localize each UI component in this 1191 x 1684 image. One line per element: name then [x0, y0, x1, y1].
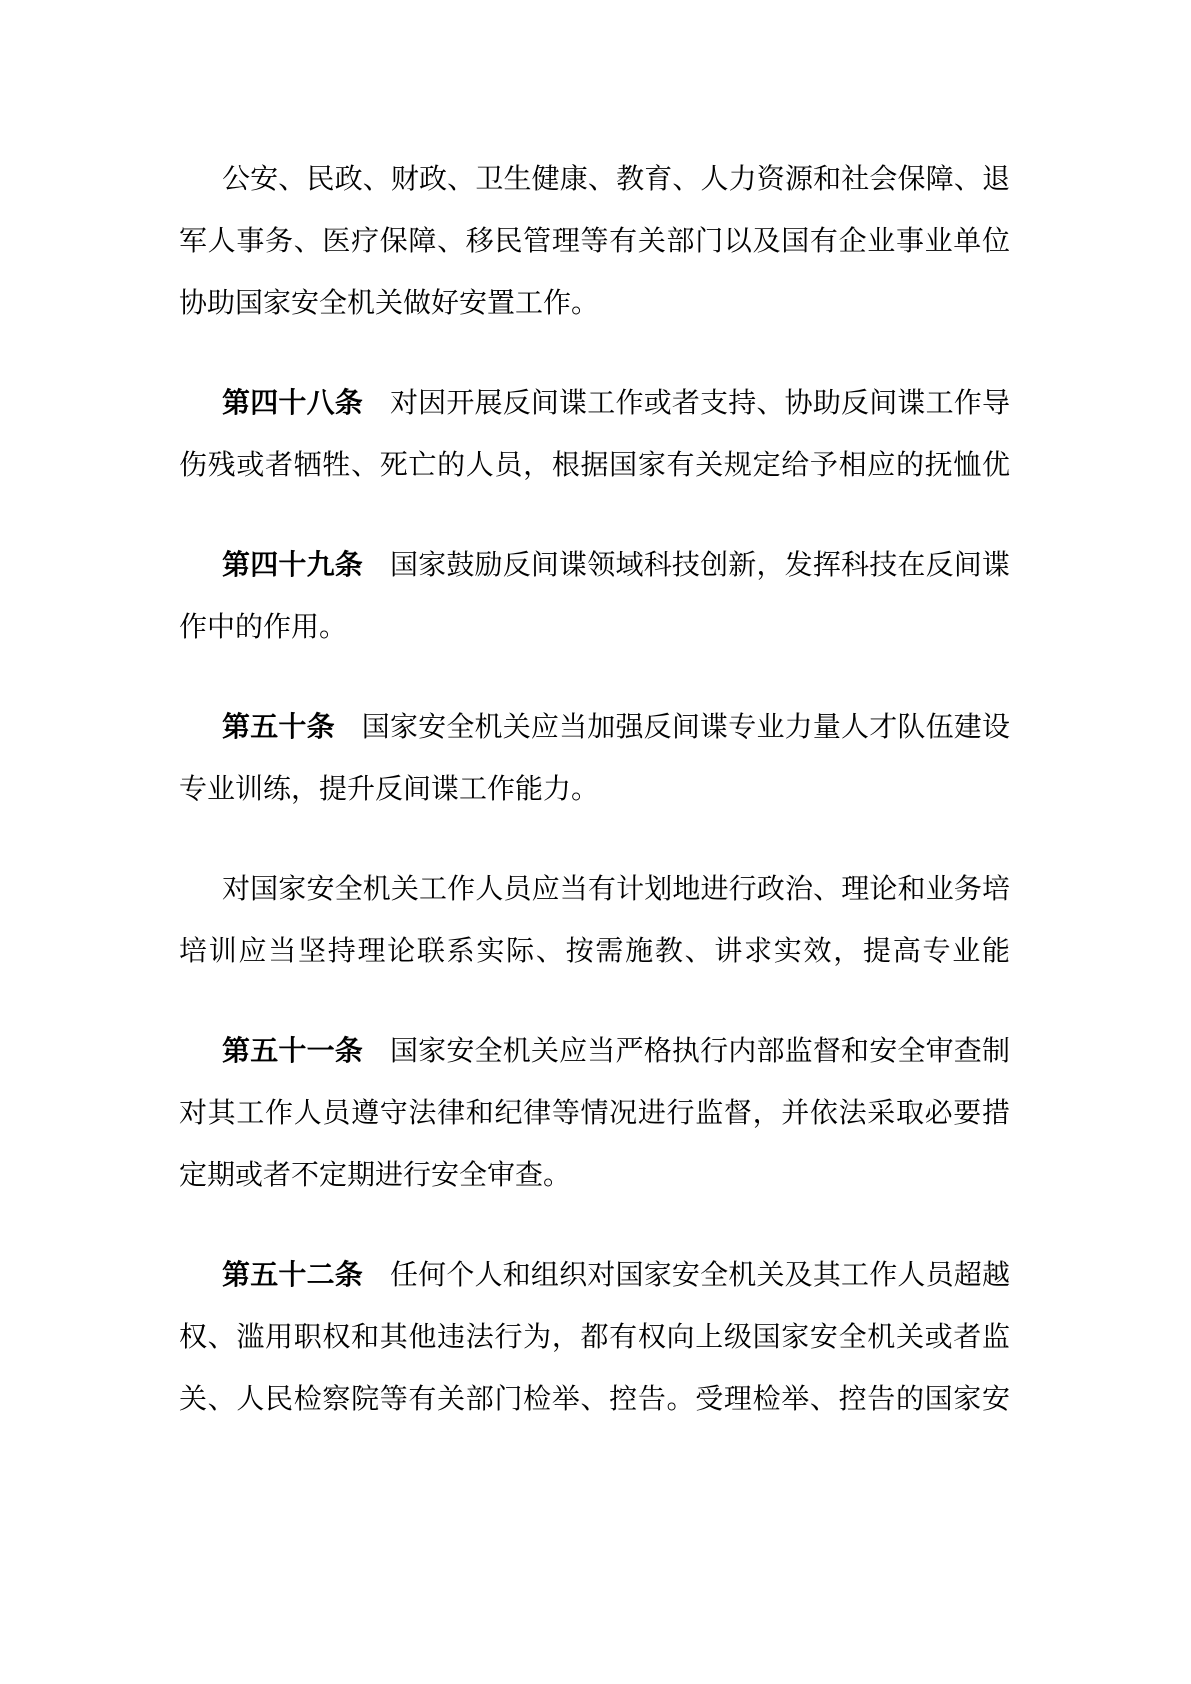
paragraph: 第四十九条国家鼓励反间谍领域科技创新，发挥科技在反间谍工 作中的作用。: [179, 534, 1010, 658]
text-line: 对其工作人员遵守法律和纪律等情况进行监督，并依法采取必要措施，: [179, 1082, 1010, 1144]
text-line: 作中的作用。: [179, 596, 1010, 658]
text-line: 定期或者不定期进行安全审查。: [179, 1144, 1010, 1206]
paragraph: 公安、民政、财政、卫生健康、教育、人力资源和社会保障、退役 军人事务、医疗保障、…: [179, 148, 1010, 334]
text-line: 第五十一条国家安全机关应当严格执行内部监督和安全审查制度，: [179, 1020, 1010, 1082]
article-number: 第五十条: [222, 711, 335, 742]
text-line: 第五十条国家安全机关应当加强反间谍专业力量人才队伍建设和: [179, 696, 1010, 758]
document-page: 公安、民政、财政、卫生健康、教育、人力资源和社会保障、退役 军人事务、医疗保障、…: [0, 0, 1191, 1684]
text-line: 第四十八条对因开展反间谍工作或者支持、协助反间谍工作导致: [179, 372, 1010, 434]
article-number: 第四十九条: [222, 549, 363, 580]
text-line: 协助国家安全机关做好安置工作。: [179, 272, 1010, 334]
paragraph: 第五十条国家安全机关应当加强反间谍专业力量人才队伍建设和 专业训练，提升反间谍工…: [179, 696, 1010, 820]
text-line: 公安、民政、财政、卫生健康、教育、人力资源和社会保障、退役: [179, 148, 1010, 210]
text-line: 第五十二条任何个人和组织对国家安全机关及其工作人员超越职: [179, 1244, 1010, 1306]
paragraph: 对国家安全机关工作人员应当有计划地进行政治、理论和业务培训。 培训应当坚持理论联…: [179, 858, 1010, 982]
article-number: 第五十一条: [222, 1035, 363, 1066]
paragraph: 第五十一条国家安全机关应当严格执行内部监督和安全审查制度， 对其工作人员遵守法律…: [179, 1020, 1010, 1206]
text-line: 对国家安全机关工作人员应当有计划地进行政治、理论和业务培训。: [179, 858, 1010, 920]
paragraph: 第四十八条对因开展反间谍工作或者支持、协助反间谍工作导致 伤残或者牺牲、死亡的人…: [179, 372, 1010, 496]
text-line: 第四十九条国家鼓励反间谍领域科技创新，发挥科技在反间谍工: [179, 534, 1010, 596]
article-number: 第五十二条: [222, 1259, 363, 1290]
article-number: 第四十八条: [222, 387, 363, 418]
text-line: 培训应当坚持理论联系实际、按需施教、讲求实效，提高专业能力。: [179, 920, 1010, 982]
paragraph: 第五十二条任何个人和组织对国家安全机关及其工作人员超越职 权、滥用职权和其他违法…: [179, 1244, 1010, 1430]
text-line: 军人事务、医疗保障、移民管理等有关部门以及国有企业事业单位应当: [179, 210, 1010, 272]
text-line: 关、人民检察院等有关部门检举、控告。受理检举、控告的国家安全机: [179, 1368, 1010, 1430]
text-line: 权、滥用职权和其他违法行为，都有权向上级国家安全机关或者监察机: [179, 1306, 1010, 1368]
text-line: 专业训练，提升反间谍工作能力。: [179, 758, 1010, 820]
text-line: 伤残或者牺牲、死亡的人员，根据国家有关规定给予相应的抚恤优待。: [179, 434, 1010, 496]
